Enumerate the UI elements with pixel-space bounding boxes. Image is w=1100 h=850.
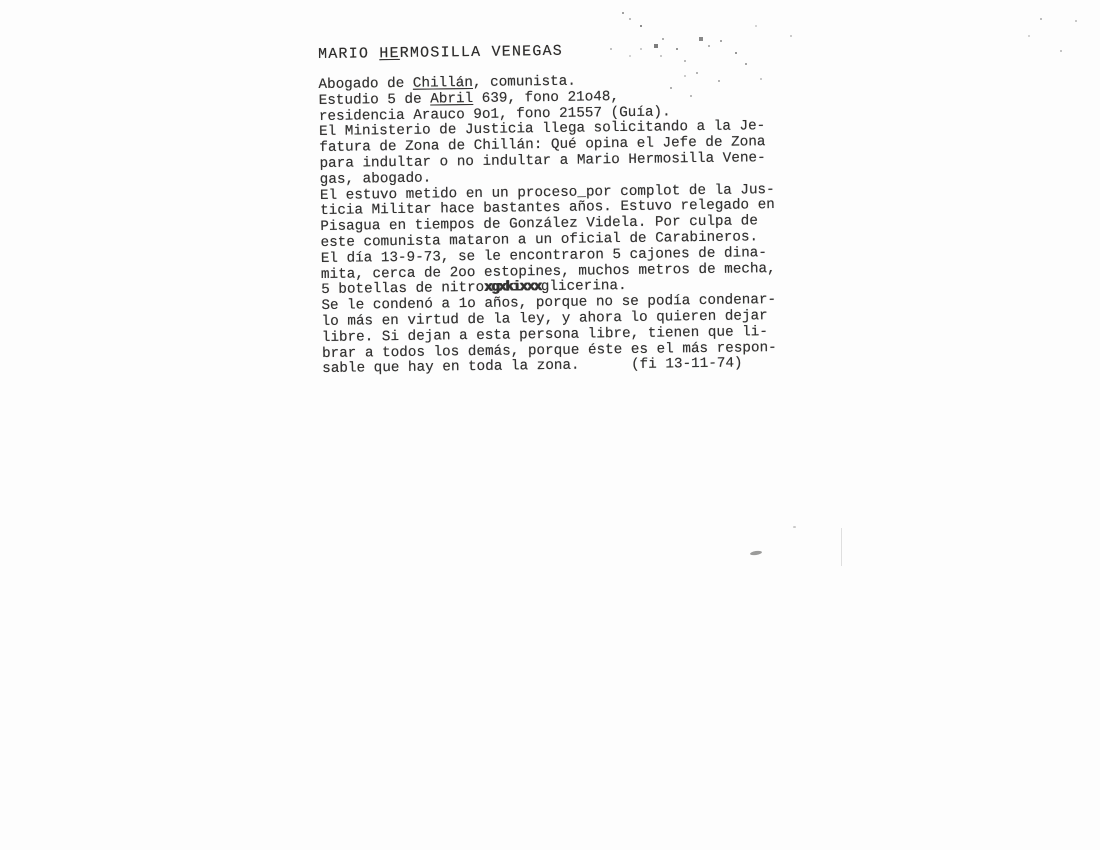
title-pre: MARIO — [318, 45, 379, 63]
line02-pre: Estudio 5 de — [319, 91, 431, 108]
line02-post: 639, fono 21o48, — [473, 89, 619, 107]
line02-underlined: Abril — [430, 91, 473, 108]
ink-speckles — [600, 10, 602, 12]
line01-post: , comunista. — [473, 74, 576, 91]
line14-post: glicerina. — [541, 278, 627, 295]
ink-dot — [793, 526, 796, 528]
scan-edge-mark — [841, 528, 842, 566]
ink-smudge — [750, 550, 762, 556]
scanned-document-page: MARIO HERMOSILLA VENEGAS Abogado de Chil… — [0, 0, 1100, 850]
typewritten-text-block: MARIO HERMOSILLA VENEGAS Abogado de Chil… — [318, 40, 777, 378]
line01-underlined: Chillán — [413, 75, 473, 92]
text-line-19: sable que hay en toda la zona. (fi 13-11… — [322, 356, 777, 378]
line14-overstrike: xgxkixxx — [484, 279, 541, 296]
title-post: RMOSILLA VENEGAS — [400, 43, 563, 62]
title-underlined: HE — [379, 45, 400, 62]
line01-pre: Abogado de — [318, 76, 413, 93]
document-title: MARIO HERMOSILLA VENEGAS — [318, 40, 773, 63]
